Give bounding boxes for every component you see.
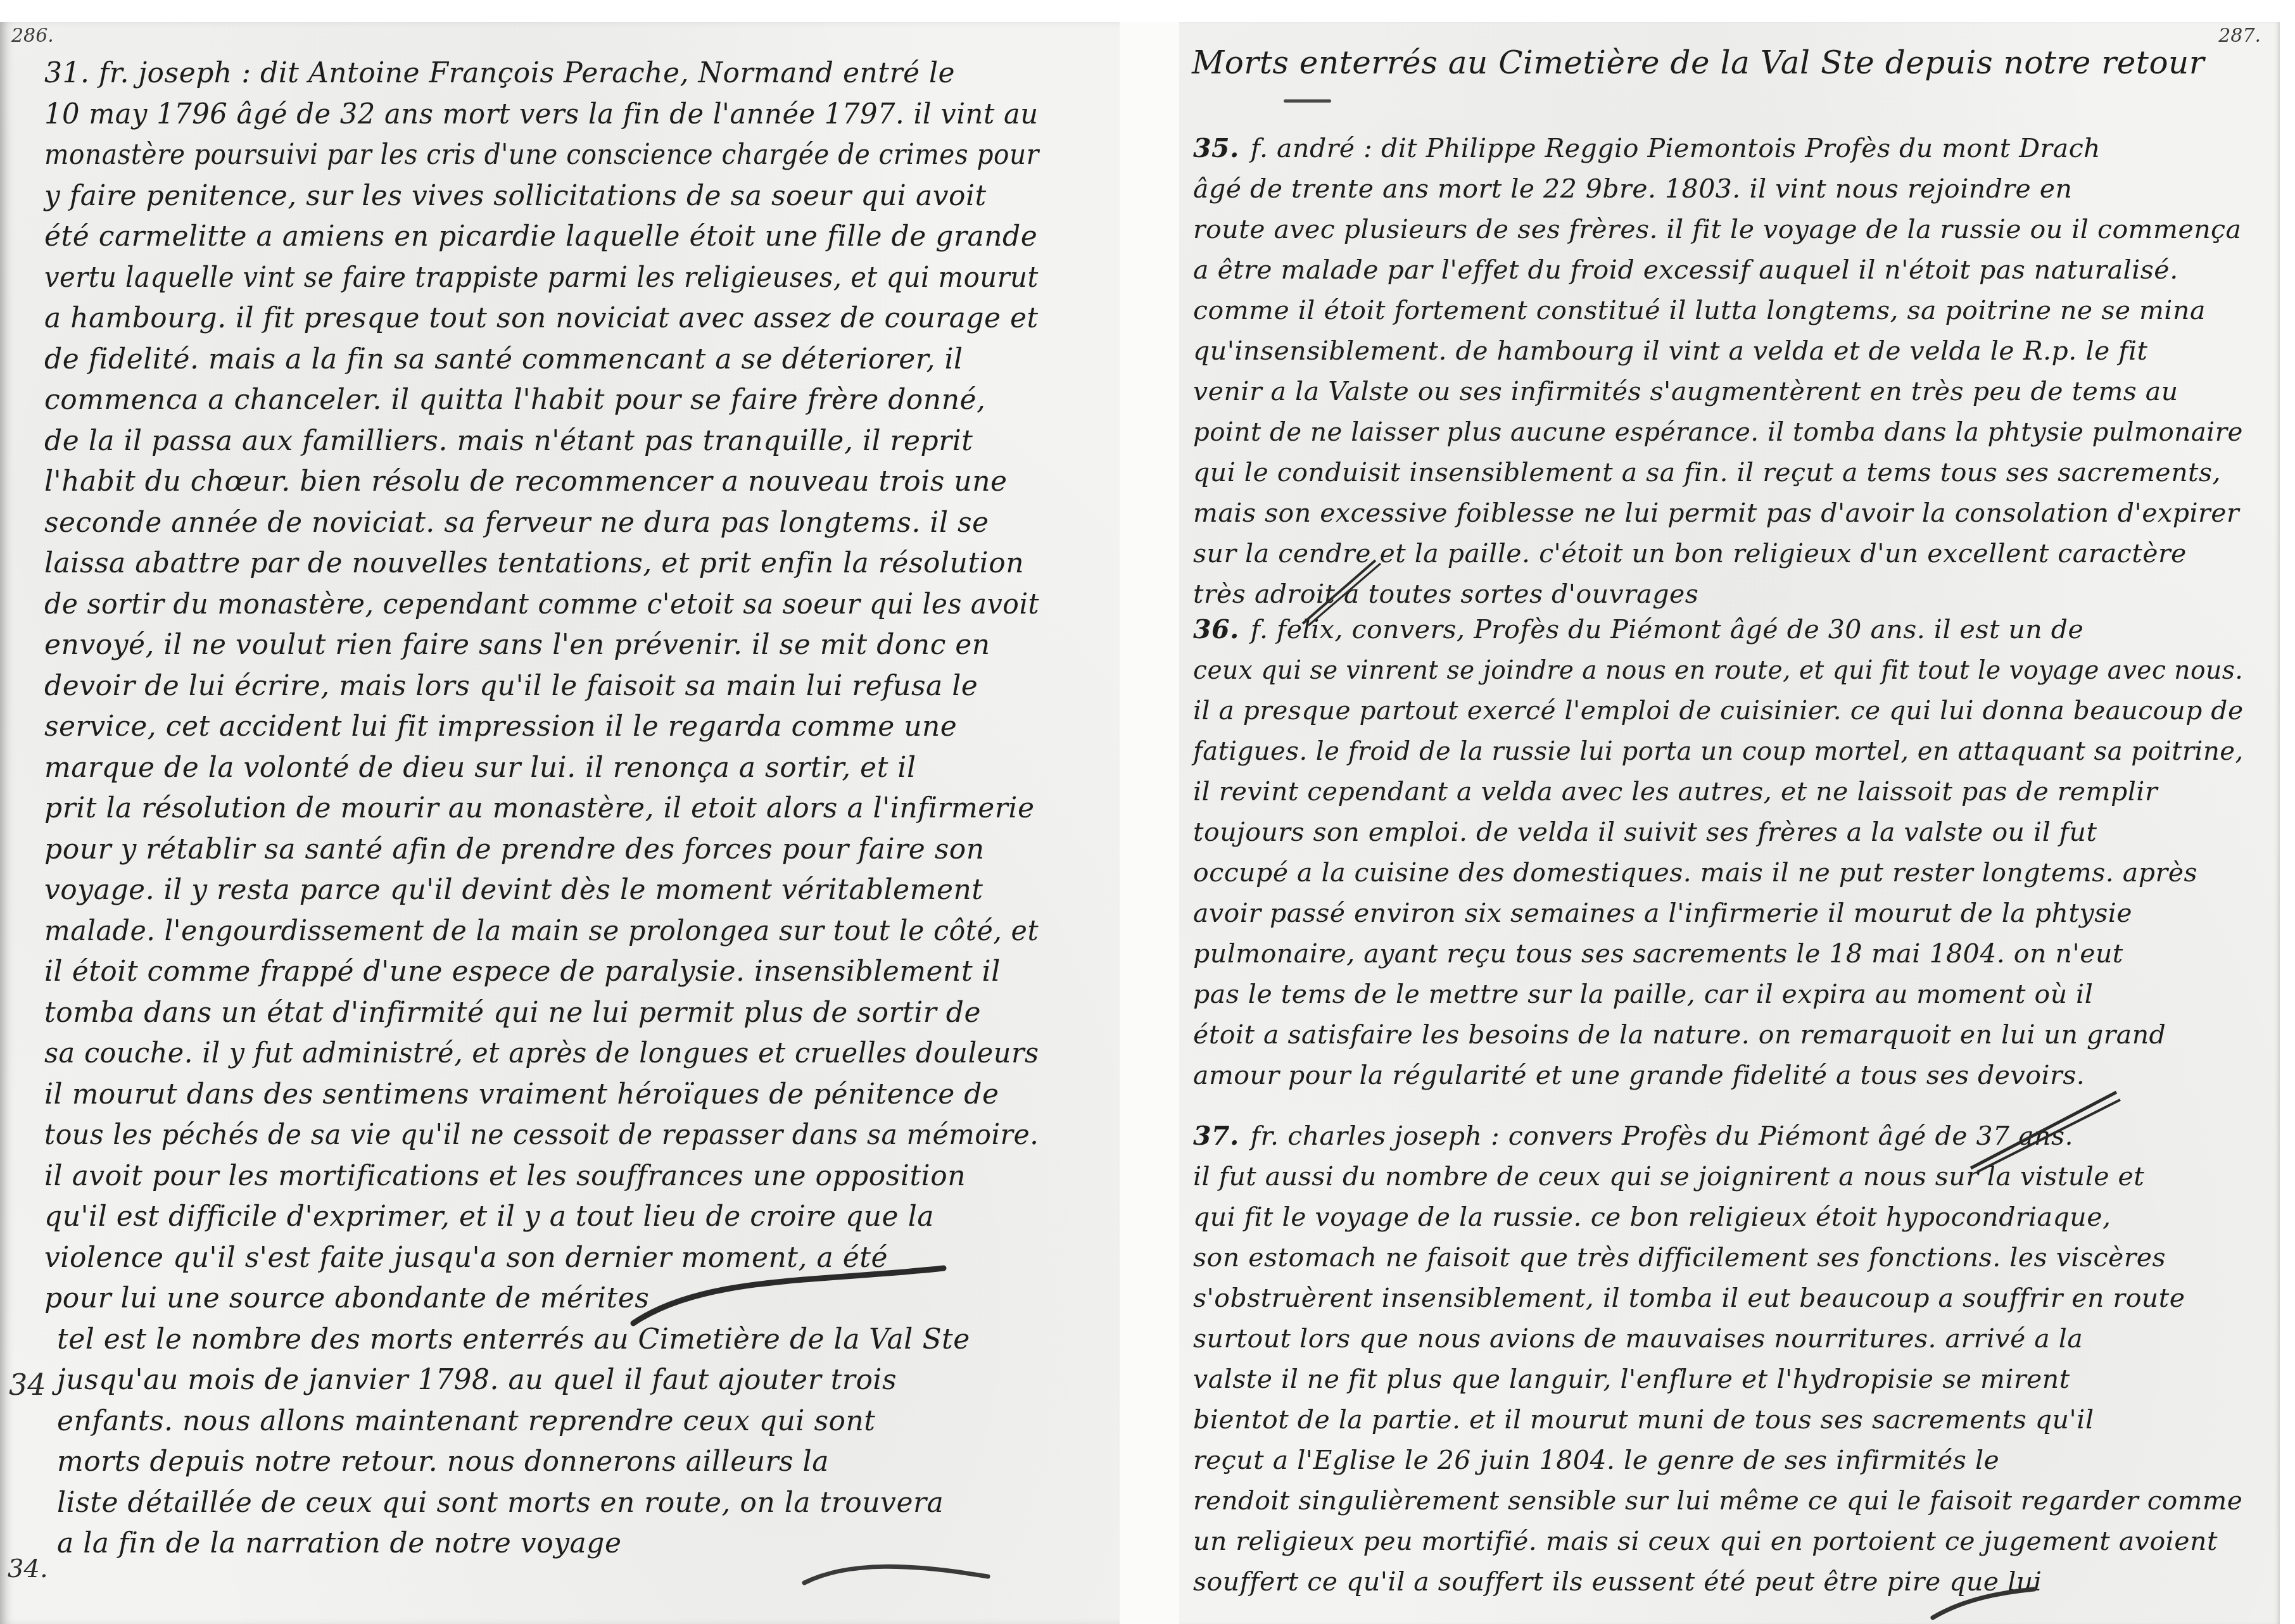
manuscript-line: a être malade par l'effet du froid exces… <box>1193 255 2178 285</box>
entry-number: 35. <box>1193 133 1239 163</box>
manuscript-line: a la fin de la narration de notre voyage <box>57 1527 622 1559</box>
manuscript-line: ceux qui se vinrent se joindre a nous en… <box>1193 655 2243 685</box>
manuscript-line: il étoit comme frappé d'une espece de pa… <box>44 955 1001 988</box>
manuscript-line: pulmonaire, ayant reçu tous ses sacremen… <box>1193 938 2123 969</box>
entry-heading-line: 35.f. andré : dit Philippe Reggio Piemon… <box>1193 133 2101 163</box>
manuscript-line: enfants. nous allons maintenant reprendr… <box>57 1405 875 1437</box>
manuscript-line: été carmelitte a amiens en picardie laqu… <box>44 220 1037 253</box>
entry-heading-line: 37.fr. charles joseph : convers Profès d… <box>1193 1121 2073 1151</box>
manuscript-line: très adroit a toutes sortes d'ouvrages <box>1193 579 1698 609</box>
margin-count-note: 34 <box>9 1368 46 1402</box>
manuscript-line: 10 may 1796 âgé de 32 ans mort vers la f… <box>44 98 1039 130</box>
manuscript-line: jusqu'au mois de janvier 1798. au quel i… <box>57 1364 897 1396</box>
manuscript-line: surtout lors que nous avions de mauvaise… <box>1193 1323 2083 1354</box>
entry-heading-text: f. andré : dit Philippe Reggio Piemontoi… <box>1251 133 2101 163</box>
end-flourish-icon <box>798 1558 1001 1596</box>
manuscript-line: service, cet accident lui fit impression… <box>44 710 957 743</box>
manuscript-line: sa couche. il y fut administré, et après… <box>44 1037 1039 1069</box>
manuscript-line: liste détaillée de ceux qui sont morts e… <box>57 1487 944 1519</box>
manuscript-line: son estomach ne faisoit que très diffici… <box>1193 1242 2166 1273</box>
left-page: 286. 31. fr. joseph : dit Antoine Franço… <box>0 22 1120 1624</box>
manuscript-line: toujours son emploi. de velda il suivit … <box>1193 817 2097 847</box>
manuscript-line: y faire penitence, sur les vives sollici… <box>44 180 987 212</box>
manuscript-line: 31. fr. joseph : dit Antoine François Pe… <box>44 57 955 89</box>
manuscript-line: marque de la volonté de dieu sur lui. il… <box>44 752 916 784</box>
manuscript-line: avoir passé environ six semaines a l'inf… <box>1193 898 2132 928</box>
manuscript-line: valste il ne fit plus que languir, l'enf… <box>1193 1364 2070 1394</box>
manuscript-line: a hambourg. il fit presque tout son novi… <box>44 302 1039 334</box>
right-page: 287. Morts enterrés au Cimetière de la V… <box>1179 22 2280 1624</box>
right-folio-number: 287. <box>2218 25 2261 47</box>
manuscript-line: commenca a chanceler. il quitta l'habit … <box>44 384 986 416</box>
manuscript-line: de la il passa aux familliers. mais n'ét… <box>44 425 973 457</box>
page-title: Morts enterrés au Cimetière de la Val St… <box>1192 44 2204 81</box>
entry-heading-text: fr. charles joseph : convers Profès du P… <box>1251 1121 2073 1151</box>
manuscript-line: malade. l'engourdissement de la main se … <box>44 915 1039 947</box>
manuscript-line: prit la résolution de mourir au monastèr… <box>44 792 1034 824</box>
manuscript-line: l'habit du chœur. bien résolu de recomme… <box>44 465 1008 498</box>
manuscript-line: envoyé, il ne voulut rien faire sans l'e… <box>44 629 990 661</box>
manuscript-line: route avec plusieurs de ses frères. il f… <box>1193 214 2241 244</box>
manuscript-line: il revint cependant a velda avec les aut… <box>1193 776 2158 807</box>
manuscript-line: vertu laquelle vint se faire trappiste p… <box>44 261 1039 294</box>
manuscript-line: occupé a la cuisine des domestiques. mai… <box>1193 857 2197 888</box>
manuscript-line: pour lui une source abondante de mérites <box>44 1282 649 1314</box>
manuscript-line: morts depuis notre retour. nous donneron… <box>57 1445 829 1478</box>
manuscript-line: souffert ce qu'il a souffert ils eussent… <box>1193 1566 2042 1597</box>
manuscript-line: laissa abattre par de nouvelles tentatio… <box>44 547 1024 579</box>
manuscript-line: il avoit pour les mortifications et les … <box>44 1160 966 1192</box>
title-underline <box>1284 99 1331 103</box>
manuscript-line: amour pour la régularité et une grande f… <box>1193 1060 2085 1090</box>
end-flourish-icon <box>1926 1586 2040 1624</box>
book-gutter <box>1120 22 1179 1624</box>
manuscript-line: qu'il est difficile d'exprimer, et il y … <box>44 1200 934 1233</box>
manuscript-line: il mourut dans des sentimens vraiment hé… <box>44 1078 999 1111</box>
left-folio-number: 286. <box>11 25 54 47</box>
manuscript-line: il a presque partout exercé l'emploi de … <box>1193 695 2243 726</box>
flourish-stroke-icon <box>627 1263 956 1333</box>
manuscript-line: un religieux peu mortifié. mais si ceux … <box>1193 1526 2218 1556</box>
manuscript-line: venir a la Valste ou ses infirmités s'au… <box>1193 376 2178 406</box>
manuscript-line: rendoit singulièrement sensible sur lui … <box>1193 1485 2242 1516</box>
manuscript-line: devoir de lui écrire, mais lors qu'il le… <box>44 670 978 702</box>
manuscript-line: s'obstruèrent insensiblement, il tomba i… <box>1193 1283 2185 1313</box>
manuscript-line: pas le tems de le mettre sur la paille, … <box>1193 979 2093 1009</box>
manuscript-line: de fidelité. mais a la fin sa santé comm… <box>44 343 963 375</box>
entry-number: 36. <box>1193 614 1239 645</box>
manuscript-line: comme il étoit fortement constitué il lu… <box>1193 295 2206 325</box>
manuscript-line: étoit a satisfaire les besoins de la nat… <box>1193 1019 2166 1050</box>
manuscript-line: point de ne laisser plus aucune espéranc… <box>1193 417 2243 447</box>
manuscript-line: mais son excessive foiblesse ne lui perm… <box>1193 498 2239 528</box>
manuscript-line: fatigues. le froid de la russie lui port… <box>1193 736 2244 766</box>
manuscript-line: bientot de la partie. et il mourut muni … <box>1193 1404 2094 1435</box>
manuscript-line: âgé de trente ans mort le 22 9bre. 1803.… <box>1193 173 2073 204</box>
manuscript-line: reçut a l'Eglise le 26 juin 1804. le gen… <box>1193 1445 1999 1475</box>
connector-stroke-icon <box>1964 1086 2129 1174</box>
manuscript-line: seconde année de noviciat. sa ferveur ne… <box>44 507 989 539</box>
manuscript-line: qu'insensiblement. de hambourg il vint a… <box>1193 336 2148 366</box>
manuscript-line: tous les péchés de sa vie qu'il ne cesso… <box>44 1119 1039 1151</box>
manuscript-line: qui fit le voyage de la russie. ce bon r… <box>1193 1202 2111 1232</box>
manuscript-line: tomba dans un état d'infirmité qui ne lu… <box>44 997 981 1029</box>
bottom-margin-note: 34. <box>8 1554 48 1583</box>
manuscript-line: voyage. il y resta parce qu'il devint dè… <box>44 874 983 906</box>
manuscript-line: monastère poursuivi par les cris d'une c… <box>44 139 1039 171</box>
connector-arrow-icon <box>1299 551 1388 627</box>
manuscript-line: de sortir du monastère, cependant comme … <box>44 588 1039 620</box>
manuscript-line: qui le conduisit insensiblement a sa fin… <box>1193 457 2221 488</box>
entry-number: 37. <box>1193 1121 1239 1151</box>
manuscript-line: pour y rétablir sa santé afin de prendre… <box>44 833 985 866</box>
